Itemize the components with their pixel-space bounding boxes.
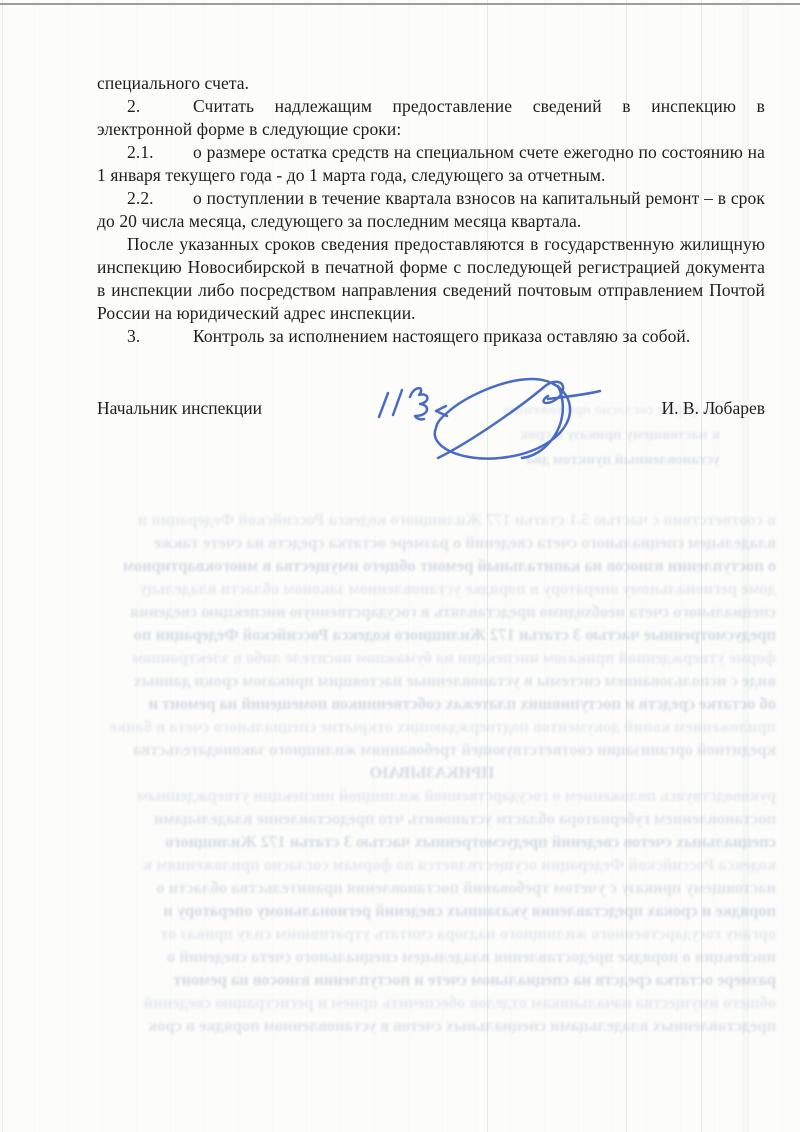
paragraph-text: Контроль за исполнением настоящего прика…: [193, 326, 690, 346]
paragraph: 2.1.о размере остатка средств на специал…: [97, 141, 765, 187]
scan-edge-line: [0, 3, 800, 5]
paragraph: 2.2.о поступлении в течение квартала взн…: [97, 187, 765, 233]
bleedthrough-line: кредитной организации соответствующей тр…: [88, 738, 776, 761]
paragraph-text: о поступлении в течение квартала взносов…: [97, 188, 765, 231]
bleedthrough-line: к настоящему приказу в срок: [420, 423, 720, 448]
bleedthrough-line: приложением копий документов подтверждаю…: [88, 715, 776, 738]
bleedthrough-line: форме утвержденной приказом инспекции на…: [88, 646, 776, 669]
document-body: специального счета. 2.Считать надлежащим…: [97, 72, 765, 348]
bleedthrough-line: размере остатка средств на специальном с…: [88, 968, 776, 991]
bleedthrough-line: специального счета необходимо представля…: [88, 600, 776, 623]
bleedthrough-line: в соответствии с частью 5.1 статьи 177 Ж…: [88, 508, 776, 531]
bleedthrough-block: в соответствии с частью 5.1 статьи 177 Ж…: [88, 508, 776, 1037]
paragraph-number: 2.1.: [127, 141, 193, 164]
paragraph-text: После указанных сроков сведения предоста…: [97, 234, 765, 323]
signature-row: Начальник инспекции И. В. Лобарев: [97, 397, 765, 420]
bleedthrough-line: о поступлении взносов на капитальный рем…: [88, 554, 776, 577]
bleedthrough-line: кодекса Российской Федерации осуществляе…: [88, 853, 776, 876]
scan-vertical-line: [2, 0, 3, 1132]
scanned-document-page: специального счета. 2.Считать надлежащим…: [0, 0, 800, 1132]
bleedthrough-line: постановлением губернатора области устан…: [88, 807, 776, 830]
paragraph: 2.Считать надлежащим предоставление свед…: [97, 95, 765, 141]
paragraph: После указанных сроков сведения предоста…: [97, 233, 765, 325]
signature-title: Начальник инспекции: [97, 397, 262, 420]
paragraph-text: о размере остатка средств на специальном…: [97, 142, 765, 185]
bleedthrough-line: владельцем специального счета сведений о…: [88, 531, 776, 554]
paragraph-number: 2.2.: [127, 187, 193, 210]
paragraph-number: 2.: [127, 95, 193, 118]
bleedthrough-line: порядке и сроках представления указанных…: [88, 899, 776, 922]
paragraph: специального счета.: [97, 72, 765, 95]
bleedthrough-line: об остатке средств и поступивших платежа…: [88, 692, 776, 715]
bleedthrough-line: доме региональному оператору в порядке у…: [88, 577, 776, 600]
bleedthrough-line: руководствуясь положением о государствен…: [88, 784, 776, 807]
paragraph-text: Считать надлежащим предоставление сведен…: [97, 96, 765, 139]
bleedthrough-line: предусмотренные частью 3 статьи 172 Жили…: [88, 623, 776, 646]
bleedthrough-line: общего имущества начальникам отделов обе…: [88, 991, 776, 1014]
bleedthrough-line: ПРИКАЗЫВАЮ: [88, 761, 776, 784]
bleedthrough-line: специальных счетов сведений предусмотрен…: [88, 830, 776, 853]
paragraph: 3.Контроль за исполнением настоящего при…: [97, 325, 765, 348]
bleedthrough-line: установленный пунктом два: [420, 448, 720, 473]
bleedthrough-line: органу государственного жилищного надзор…: [88, 922, 776, 945]
officer-name: И. В. Лобарев: [662, 397, 765, 420]
bleedthrough-line: инспекции о порядке предоставления владе…: [88, 945, 776, 968]
bleedthrough-line: представленных владельцами специальных с…: [88, 1014, 776, 1037]
paragraph-number: 3.: [127, 325, 193, 348]
bleedthrough-line: настоящему приказу с учетом требований п…: [88, 876, 776, 899]
bleedthrough-line: виде с использованием системы в установл…: [88, 669, 776, 692]
